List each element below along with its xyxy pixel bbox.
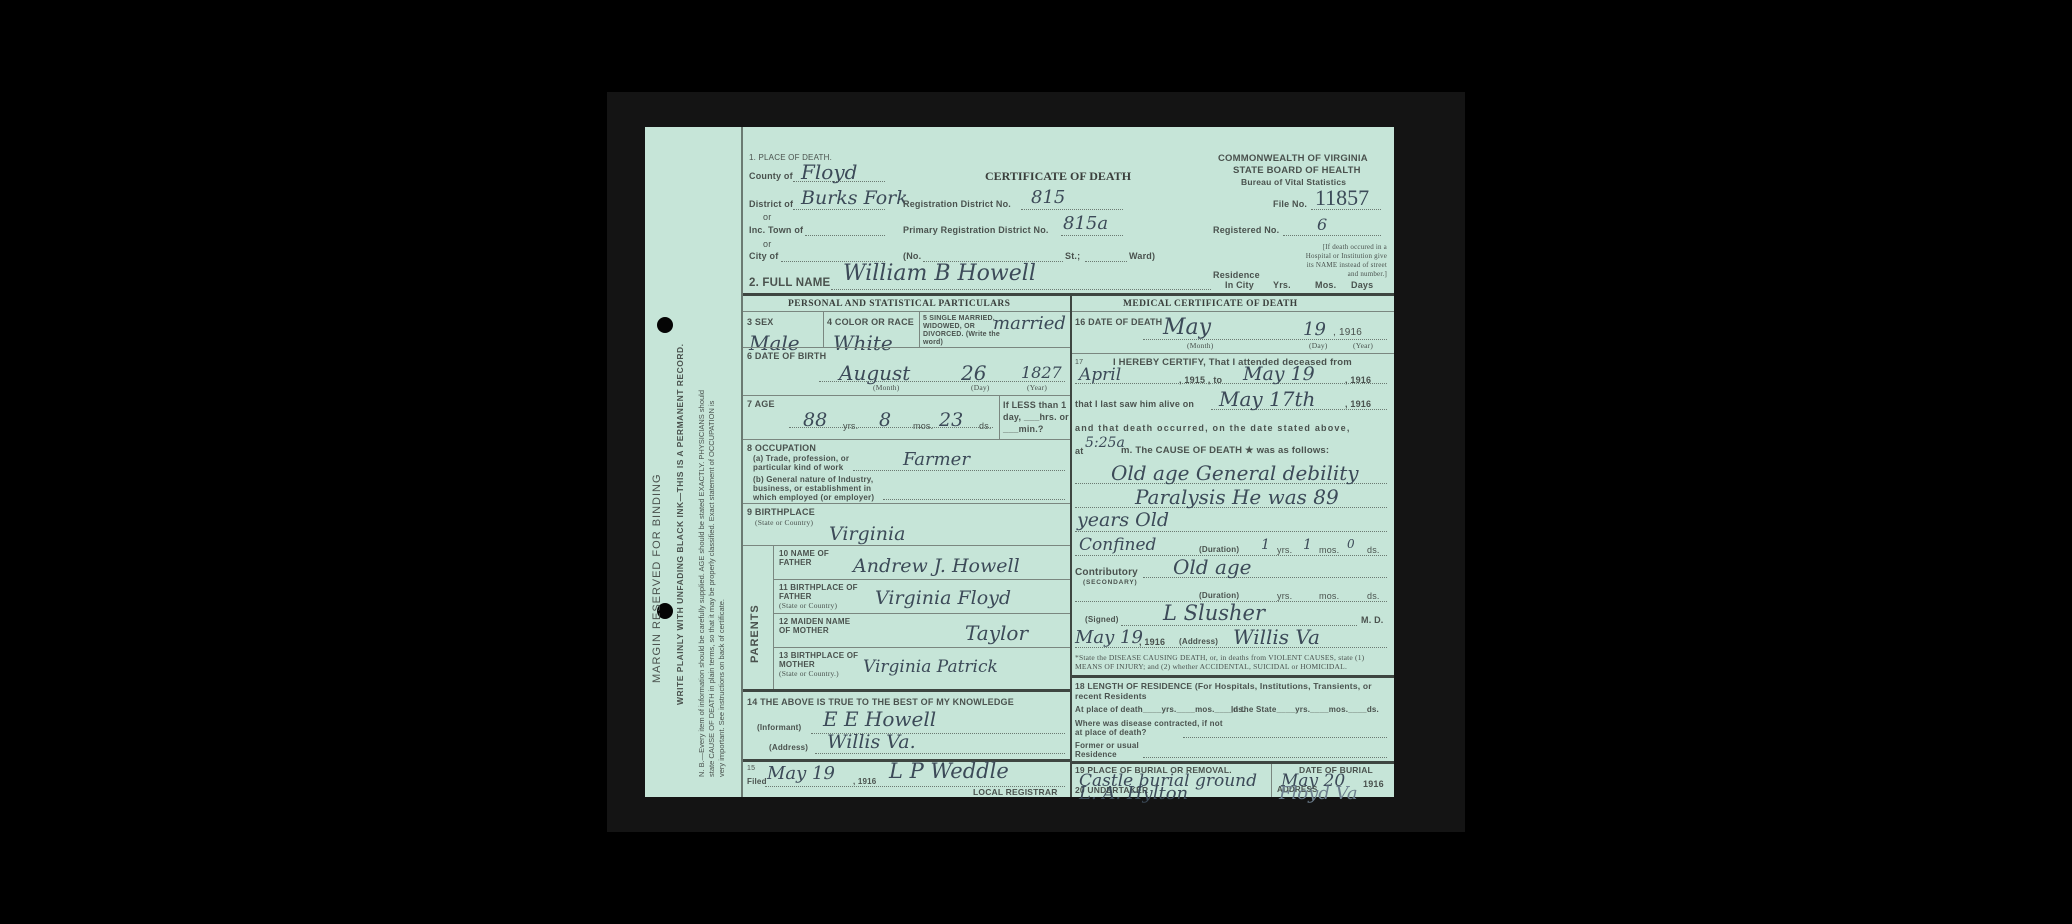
- age-months: 8: [879, 409, 891, 431]
- agency-commonwealth: COMMONWEALTH OF VIRGINIA: [1218, 153, 1368, 164]
- mother-birthplace-label: 13 BIRTHPLACE OF MOTHER: [779, 651, 859, 669]
- informant-value: E E Howell: [823, 707, 936, 731]
- inc-town-label: Inc. Town of: [749, 225, 803, 235]
- reg-district-value: 815: [1031, 187, 1065, 208]
- race-value: White: [833, 331, 893, 355]
- dob-day: 26: [961, 361, 986, 385]
- age-label: 7 AGE: [747, 399, 775, 409]
- at-place-of-death: At place of death____yrs.____mos.____ds.: [1075, 705, 1245, 714]
- cause-line-1: Old age General debility: [1111, 461, 1359, 485]
- personal-heading: PERSONAL AND STATISTICAL PARTICULARS: [788, 299, 1010, 309]
- residence-heading: 18 LENGTH OF RESIDENCE (For Hospitals, I…: [1075, 681, 1391, 701]
- filed-date: May 19: [767, 763, 835, 784]
- marital-value: married: [993, 313, 1066, 334]
- dod-day: 19: [1303, 319, 1326, 340]
- death-certificate: MARGIN RESERVED FOR BINDING WRITE PLAINL…: [645, 127, 1394, 797]
- certificate-body: 1. PLACE OF DEATH. County of Floyd Distr…: [743, 127, 1394, 797]
- full-name-value: William B Howell: [843, 261, 1036, 286]
- local-registrar-label: LOCAL REGISTRAR: [973, 787, 1058, 797]
- father-birthplace-label: 11 BIRTHPLACE OF FATHER: [779, 583, 859, 601]
- physician-signature: L Slusher: [1163, 601, 1265, 625]
- mother-maiden-value: Taylor: [965, 621, 1028, 645]
- occupation-label: 8 OCCUPATION: [747, 443, 816, 453]
- mother-birthplace-value: Virginia Patrick: [863, 657, 998, 677]
- nb-line-3: very important. See instructions on back…: [717, 599, 726, 777]
- agency-board: STATE BOARD OF HEALTH: [1233, 165, 1361, 176]
- attended-to: May 19: [1243, 363, 1315, 385]
- informant-heading: 14 THE ABOVE IS TRUE TO THE BEST OF MY K…: [747, 697, 1014, 707]
- last-saw-label: that I last saw him alive on: [1075, 399, 1194, 409]
- in-the-state: In the State____yrs.____mos.____ds.: [1231, 705, 1379, 714]
- hospital-note: [If death occured in a Hospital or Insti…: [1303, 243, 1387, 279]
- dob-month: August: [839, 361, 910, 385]
- father-birthplace-value: Virginia Floyd: [875, 587, 1011, 609]
- less-than-day-label: If LESS than 1 day, ___hrs. or ___min.?: [1003, 399, 1069, 435]
- cause-line-2: Paralysis He was 89: [1135, 485, 1339, 509]
- marital-label: 5 SINGLE MARRIED, WIDOWED, OR DIVORCED. …: [923, 315, 1003, 347]
- district-label: District of: [749, 199, 793, 209]
- registrar-signature: L P Weddle: [889, 759, 1009, 783]
- mother-maiden-label: 12 MAIDEN NAME OF MOTHER: [779, 617, 859, 635]
- attended-from: April: [1079, 365, 1121, 385]
- signed-date: May 19: [1075, 627, 1143, 648]
- margin-reserved-text: MARGIN RESERVED FOR BINDING: [651, 473, 663, 683]
- binding-margin: MARGIN RESERVED FOR BINDING WRITE PLAINL…: [645, 127, 743, 797]
- certify-text: I HEREBY CERTIFY, That I attended deceas…: [1113, 357, 1352, 368]
- sex-label: 3 SEX: [747, 317, 774, 327]
- father-name-value: Andrew J. Howell: [853, 555, 1020, 577]
- nb-line-2: state CAUSE OF DEATH in plain terms, so …: [707, 401, 716, 777]
- primary-reg-label: Primary Registration District No.: [903, 225, 1049, 235]
- city-label: City of: [749, 251, 778, 261]
- undertaker-address-value: Floyd Va: [1279, 783, 1358, 804]
- write-plainly-text: WRITE PLAINLY WITH UNFADING BLACK INK—TH…: [675, 344, 685, 706]
- full-name-label: 2. FULL NAME: [749, 277, 830, 289]
- medical-heading: MEDICAL CERTIFICATE OF DEATH: [1123, 299, 1298, 309]
- reg-district-label: Registration District No.: [903, 199, 1011, 209]
- undertaker-value: L. A. Hylton: [1079, 783, 1188, 804]
- filed-label: Filed: [747, 777, 767, 786]
- disease-contracted-label: Where was disease contracted, if not at …: [1075, 719, 1225, 737]
- contributory-label: Contributory: [1075, 567, 1138, 578]
- parents-label: PARENTS: [749, 604, 761, 663]
- cause-of-death-label: m. The CAUSE OF DEATH ★ was as follows:: [1121, 445, 1329, 456]
- county-label: County of: [749, 171, 793, 181]
- dod-month: May: [1163, 315, 1211, 340]
- occupation-a-value: Farmer: [903, 449, 970, 470]
- dob-label: 6 DATE OF BIRTH: [747, 351, 826, 361]
- nb-line-1: N. B.—Every item of information should b…: [697, 390, 706, 777]
- father-name-label: 10 NAME OF FATHER: [779, 549, 839, 567]
- registered-no-value: 6: [1317, 215, 1327, 234]
- registered-no-label: Registered No.: [1213, 225, 1279, 235]
- punch-hole: [657, 317, 673, 333]
- dob-year: 1827: [1021, 363, 1062, 382]
- birthplace-label: 9 BIRTHPLACE: [747, 507, 815, 517]
- county-value: Floyd: [801, 160, 857, 184]
- race-label: 4 COLOR OR RACE: [827, 317, 914, 327]
- primary-reg-value: 815a: [1063, 213, 1108, 234]
- cause-line-4: Confined: [1079, 535, 1156, 555]
- informant-address-value: Willis Va.: [827, 731, 916, 753]
- duration-yrs: 1: [1261, 537, 1270, 553]
- informant-address-label: (Address): [769, 743, 808, 752]
- file-no-label: File No.: [1273, 199, 1307, 209]
- district-value: Burks Fork: [801, 187, 908, 209]
- death-occurred-text: and that death occurred, on the date sta…: [1075, 423, 1351, 433]
- certificate-title: CERTIFICATE OF DEATH: [985, 169, 1131, 184]
- last-saw-value: May 17th: [1219, 387, 1315, 411]
- dod-year: , 1916: [1333, 327, 1362, 338]
- cause-footnote: *State the DISEASE CAUSING DEATH, or, in…: [1075, 653, 1391, 671]
- cause-line-3: years Old: [1077, 509, 1169, 531]
- file-no-value: 11857: [1315, 185, 1369, 211]
- age-years: 88: [803, 409, 827, 431]
- physician-address: Willis Va: [1233, 625, 1320, 649]
- duration-ds: 0: [1347, 537, 1355, 551]
- age-days: 23: [939, 409, 963, 431]
- contributory-value: Old age: [1173, 555, 1252, 579]
- informant-label: (Informant): [757, 723, 801, 732]
- signed-label: (Signed): [1085, 615, 1119, 624]
- birthplace-value: Virginia: [829, 523, 905, 545]
- dod-label: 16 DATE OF DEATH: [1075, 317, 1162, 327]
- occupation-b-label: (b) General nature of Industry, business…: [753, 475, 883, 502]
- time-of-death: 5:25a: [1085, 435, 1125, 451]
- duration-mos: 1: [1303, 537, 1312, 553]
